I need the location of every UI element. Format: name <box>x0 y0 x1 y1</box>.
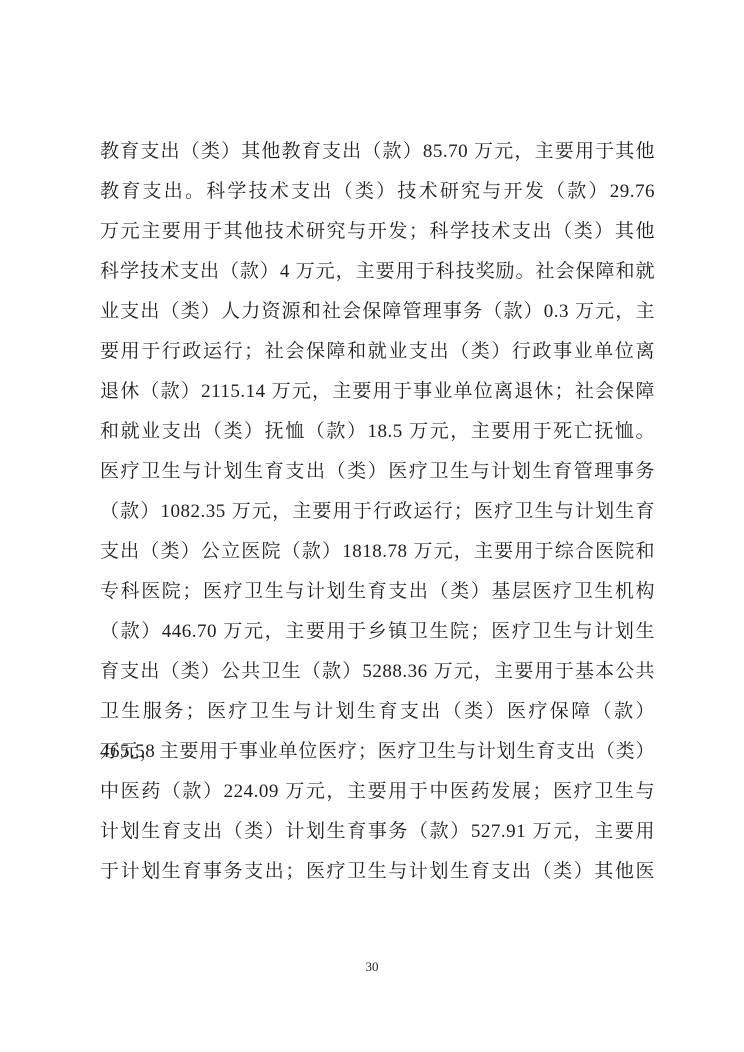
text-line: （款）1082.35 万元，主要用于行政运行；医疗卫生与计划生育 <box>100 492 655 532</box>
page-number: 30 <box>0 958 744 976</box>
text-line: 和就业支出（类）抚恤（款）18.5 万元，主要用于死亡抚恤。 <box>100 412 655 452</box>
text-line: 计划生育支出（类）计划生育事务（款）527.91 万元，主要用 <box>100 812 655 852</box>
document-page: 教育支出（类）其他教育支出（款）85.70 万元，主要用于其他教育支出。科学技术… <box>0 0 744 1052</box>
text-line: 医疗卫生与计划生育支出（类）医疗卫生与计划生育管理事务 <box>100 452 655 492</box>
text-line: 卫生服务；医疗卫生与计划生育支出（类）医疗保障（款）465.58 <box>100 692 655 732</box>
text-line: 退休（款）2115.14 万元，主要用于事业单位离退休；社会保障 <box>100 372 655 412</box>
text-line: 于计划生育事务支出；医疗卫生与计划生育支出（类）其他医 <box>100 852 655 892</box>
text-line: 万元，主要用于事业单位医疗；医疗卫生与计划生育支出（类） <box>100 732 655 772</box>
text-line: 万元主要用于其他技术研究与开发；科学技术支出（类）其他 <box>100 212 655 252</box>
text-line: 业支出（类）人力资源和社会保障管理事务（款）0.3 万元，主 <box>100 292 655 332</box>
text-line: 教育支出（类）其他教育支出（款）85.70 万元，主要用于其他 <box>100 132 655 172</box>
body-text-block: 教育支出（类）其他教育支出（款）85.70 万元，主要用于其他教育支出。科学技术… <box>100 132 655 892</box>
text-line: 教育支出。科学技术支出（类）技术研究与开发（款）29.76 <box>100 172 655 212</box>
text-line: 要用于行政运行；社会保障和就业支出（类）行政事业单位离 <box>100 332 655 372</box>
text-line: 支出（类）公立医院（款）1818.78 万元，主要用于综合医院和 <box>100 532 655 572</box>
text-line: 科学技术支出（款）4 万元，主要用于科技奖励。社会保障和就 <box>100 252 655 292</box>
text-line: 专科医院；医疗卫生与计划生育支出（类）基层医疗卫生机构 <box>100 572 655 612</box>
text-line: 育支出（类）公共卫生（款）5288.36 万元，主要用于基本公共 <box>100 652 655 692</box>
text-line: 中医药（款）224.09 万元，主要用于中医药发展；医疗卫生与 <box>100 772 655 812</box>
text-line: （款）446.70 万元，主要用于乡镇卫生院；医疗卫生与计划生 <box>100 612 655 652</box>
